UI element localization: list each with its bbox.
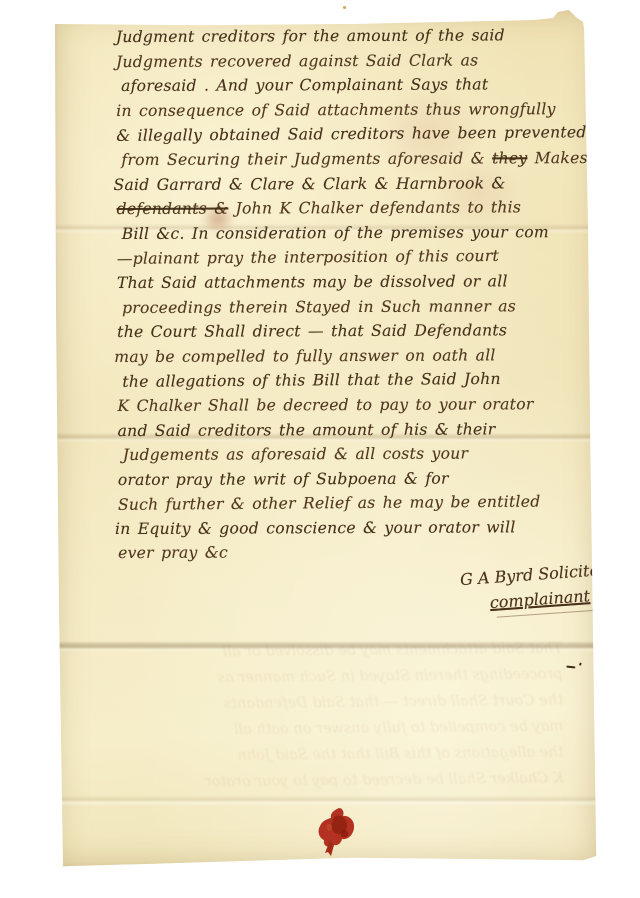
signature-complainant: complainant — [489, 583, 637, 612]
signature-block: G A Byrd Soliciter for complainant — [459, 558, 637, 620]
handwriting-line: & illegally obtained Said creditors have… — [116, 120, 594, 148]
bleedthrough-line: K Chalker Shall be decreed to pay to you… — [94, 766, 564, 797]
handwriting-line: Such further & other Relief as he may be… — [118, 489, 596, 517]
handwriting-line: Judgements as aforesaid & all costs your — [123, 441, 596, 468]
handwritten-text: the Court Shall direct — that Said Defen… — [117, 321, 507, 341]
handwritten-text: Such further & other Relief as he may be… — [118, 493, 541, 514]
bleedthrough-line: proceedings therein Stayed in Such manne… — [92, 662, 562, 693]
ink-bleedthrough: That Said attachments may be dissolved o… — [92, 636, 564, 797]
handwritten-text: Bill &c. In consideration of the premise… — [122, 223, 549, 243]
handwriting-line: defendants & John K Chalker defendants t… — [117, 195, 595, 222]
handwritten-text: Judgment creditors for the amount of the… — [116, 26, 505, 46]
handwriting-line: the Court Shall direct — that Said Defen… — [117, 318, 595, 345]
handwritten-text: in Equity & good conscience & your orato… — [115, 518, 516, 538]
bleedthrough-line: That Said attachments may be dissolved o… — [92, 636, 562, 667]
bleedthrough-line: the allegations of this Bill that the Sa… — [93, 740, 563, 771]
handwriting-line: Judgments recovered against Said Clark a… — [116, 48, 594, 75]
handwriting-line: in consequence of Said attachments thus … — [116, 97, 594, 124]
fold-crease — [53, 796, 600, 806]
wax-seal — [316, 806, 364, 862]
handwriting-lines: Judgment creditors for the amount of the… — [116, 23, 596, 566]
bleedthrough-line: may be compelled to fully answer on oath… — [93, 714, 563, 745]
handwriting-line: in Equity & good conscience & your orato… — [115, 515, 596, 542]
handwriting-line: and Said creditors the amount of his & t… — [118, 416, 596, 443]
handwritten-text: ever pray &c — [118, 544, 228, 562]
bleedthrough-line: the Court Shall direct — that Said Defen… — [93, 688, 563, 719]
handwriting-line: ever pray &c — [118, 539, 596, 566]
handwriting-line: the allegations of this Bill that the Sa… — [122, 366, 595, 394]
handwritten-text: & illegally obtained Said creditors have… — [116, 124, 586, 146]
handwritten-text: Judgments recovered against Said Clark a… — [116, 51, 478, 71]
struck-text: defendants & — [117, 200, 229, 218]
handwritten-text: K Chalker Shall be decreed to pay to you… — [117, 395, 533, 415]
dust-speck — [343, 6, 346, 9]
handwriting-line: proceedings therein Stayed in Such manne… — [122, 293, 595, 320]
handwritten-text: and Said creditors the amount of his & t… — [118, 420, 496, 440]
handwritten-text: orator pray the writ of Subpoena & for — [118, 469, 449, 488]
handwriting-line: may be compelled to fully answer on oath… — [114, 343, 595, 370]
handwriting-line: aforesaid . And your Complainant Says th… — [121, 72, 594, 99]
ink-flick — [566, 666, 575, 669]
handwritten-text: —plainant pray the interposition of this… — [117, 247, 499, 268]
handwriting-line: —plainant pray the interposition of this… — [117, 243, 595, 271]
handwriting-line: K Chalker Shall be decreed to pay to you… — [117, 392, 595, 419]
handwritten-text: the allegations of this Bill that the Sa… — [122, 370, 501, 391]
handwriting-line: orator pray the writ of Subpoena & for — [118, 466, 596, 493]
handwriting-line: from Securing their Judgments aforesaid … — [121, 146, 594, 173]
handwriting-line: Judgment creditors for the amount of the… — [116, 23, 594, 50]
fold-crease — [53, 642, 600, 652]
handwriting-line: Bill &c. In consideration of the premise… — [122, 220, 595, 247]
handwritten-text: Said Garrard & Clare & Clark & Harnbrook… — [113, 174, 505, 194]
handwriting-line: Said Garrard & Clare & Clark & Harnbrook… — [113, 171, 594, 198]
handwritten-text: may be compelled to fully answer on oath… — [114, 346, 495, 366]
handwriting-line: That Said attachments may be dissolved o… — [117, 269, 595, 296]
handwritten-text: proceedings therein Stayed in Such manne… — [122, 297, 516, 317]
ink-dot — [579, 662, 582, 665]
handwritten-text: from Securing their Judgments aforesaid … — [121, 149, 492, 169]
struck-text: they — [492, 149, 527, 167]
handwritten-text: aforesaid . And your Complainant Says th… — [121, 76, 488, 96]
handwritten-text: John K Chalker defendants to this — [228, 198, 521, 217]
scanned-document: That Said attachments may be dissolved o… — [0, 0, 640, 898]
stray-ink-mark — [565, 658, 582, 674]
handwritten-text: in consequence of Said attachments thus … — [116, 100, 556, 120]
handwritten-text: Makes — [527, 149, 587, 167]
handwritten-text: That Said attachments may be dissolved o… — [117, 272, 508, 292]
manuscript-page: That Said attachments may be dissolved o… — [53, 8, 600, 868]
handwritten-text: Judgements as aforesaid & all costs your — [123, 445, 469, 465]
